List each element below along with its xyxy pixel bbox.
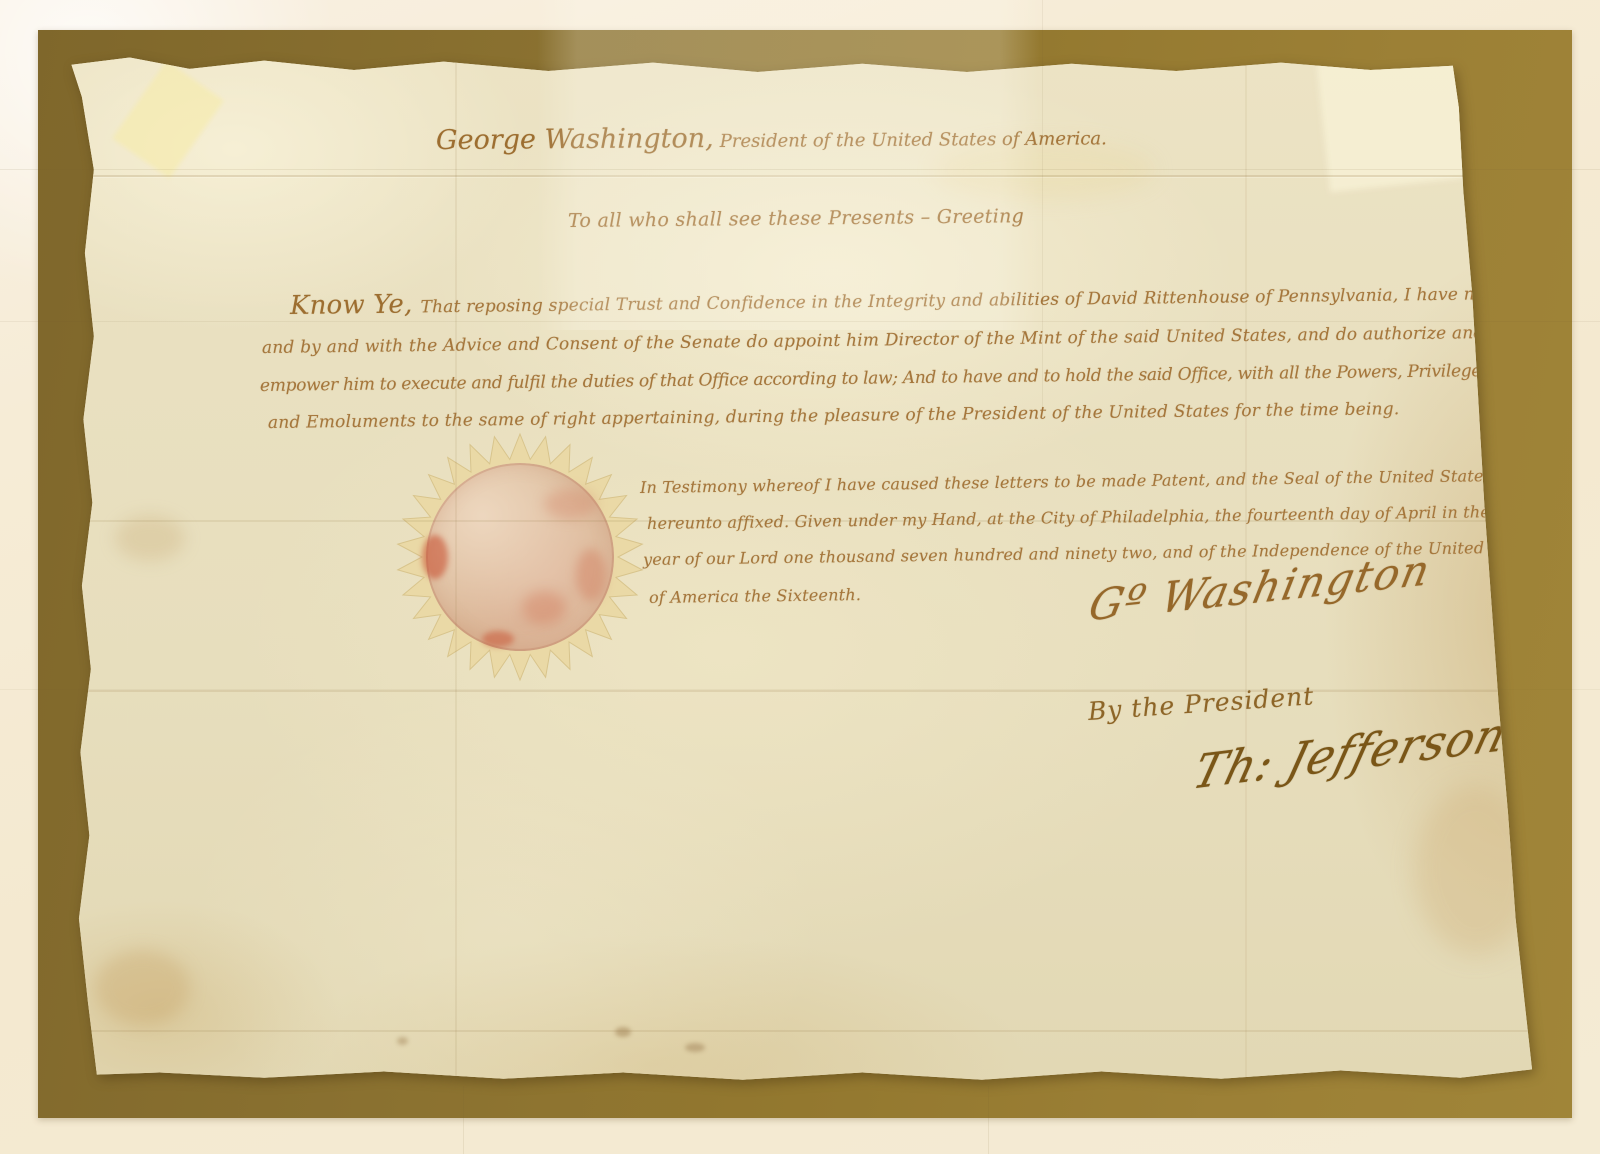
photo-seam bbox=[1042, 0, 1043, 410]
great-seal bbox=[395, 432, 645, 682]
framed-document-photo: George Washington,President of the Unite… bbox=[0, 0, 1600, 1154]
stain bbox=[95, 950, 190, 1025]
fold-line bbox=[1245, 45, 1247, 1085]
testimony-line-2: hereunto affixed. Given under my Hand, a… bbox=[647, 502, 1490, 533]
fold-line bbox=[455, 45, 457, 1085]
stain bbox=[685, 1043, 705, 1052]
photo-seam bbox=[0, 689, 1600, 690]
body-line-4: and Emoluments to the same of right appe… bbox=[268, 399, 1400, 433]
testimony-line-1: In Testimony whereof I have caused these… bbox=[640, 465, 1539, 497]
tape-patch-top-left bbox=[112, 61, 224, 179]
body-opening: Know Ye, bbox=[290, 290, 413, 321]
by-the-president-line: By the President bbox=[1087, 681, 1315, 726]
body-line-3: empower him to execute and fulfil the du… bbox=[260, 361, 1495, 396]
photo-exposure-band bbox=[537, 0, 1040, 330]
wax-blotch bbox=[544, 489, 596, 519]
stain bbox=[1415, 785, 1535, 955]
photo-seam bbox=[0, 321, 1600, 322]
tape-patch-top-right bbox=[1316, 46, 1471, 192]
stain bbox=[615, 1027, 631, 1037]
fold-line bbox=[55, 520, 1550, 522]
photo-seam bbox=[988, 1086, 989, 1154]
wax-blotch bbox=[576, 549, 606, 601]
wax-blotch bbox=[522, 591, 566, 625]
photo-seam bbox=[463, 1086, 464, 1154]
fold-line bbox=[55, 1030, 1550, 1032]
fold-line bbox=[55, 690, 1550, 692]
wax-blotch bbox=[482, 631, 514, 647]
stain bbox=[397, 1037, 408, 1045]
testimony-line-4: of America the Sixteenth. bbox=[649, 585, 861, 607]
photo-seam bbox=[0, 169, 1600, 170]
wax-blotch bbox=[422, 535, 448, 579]
